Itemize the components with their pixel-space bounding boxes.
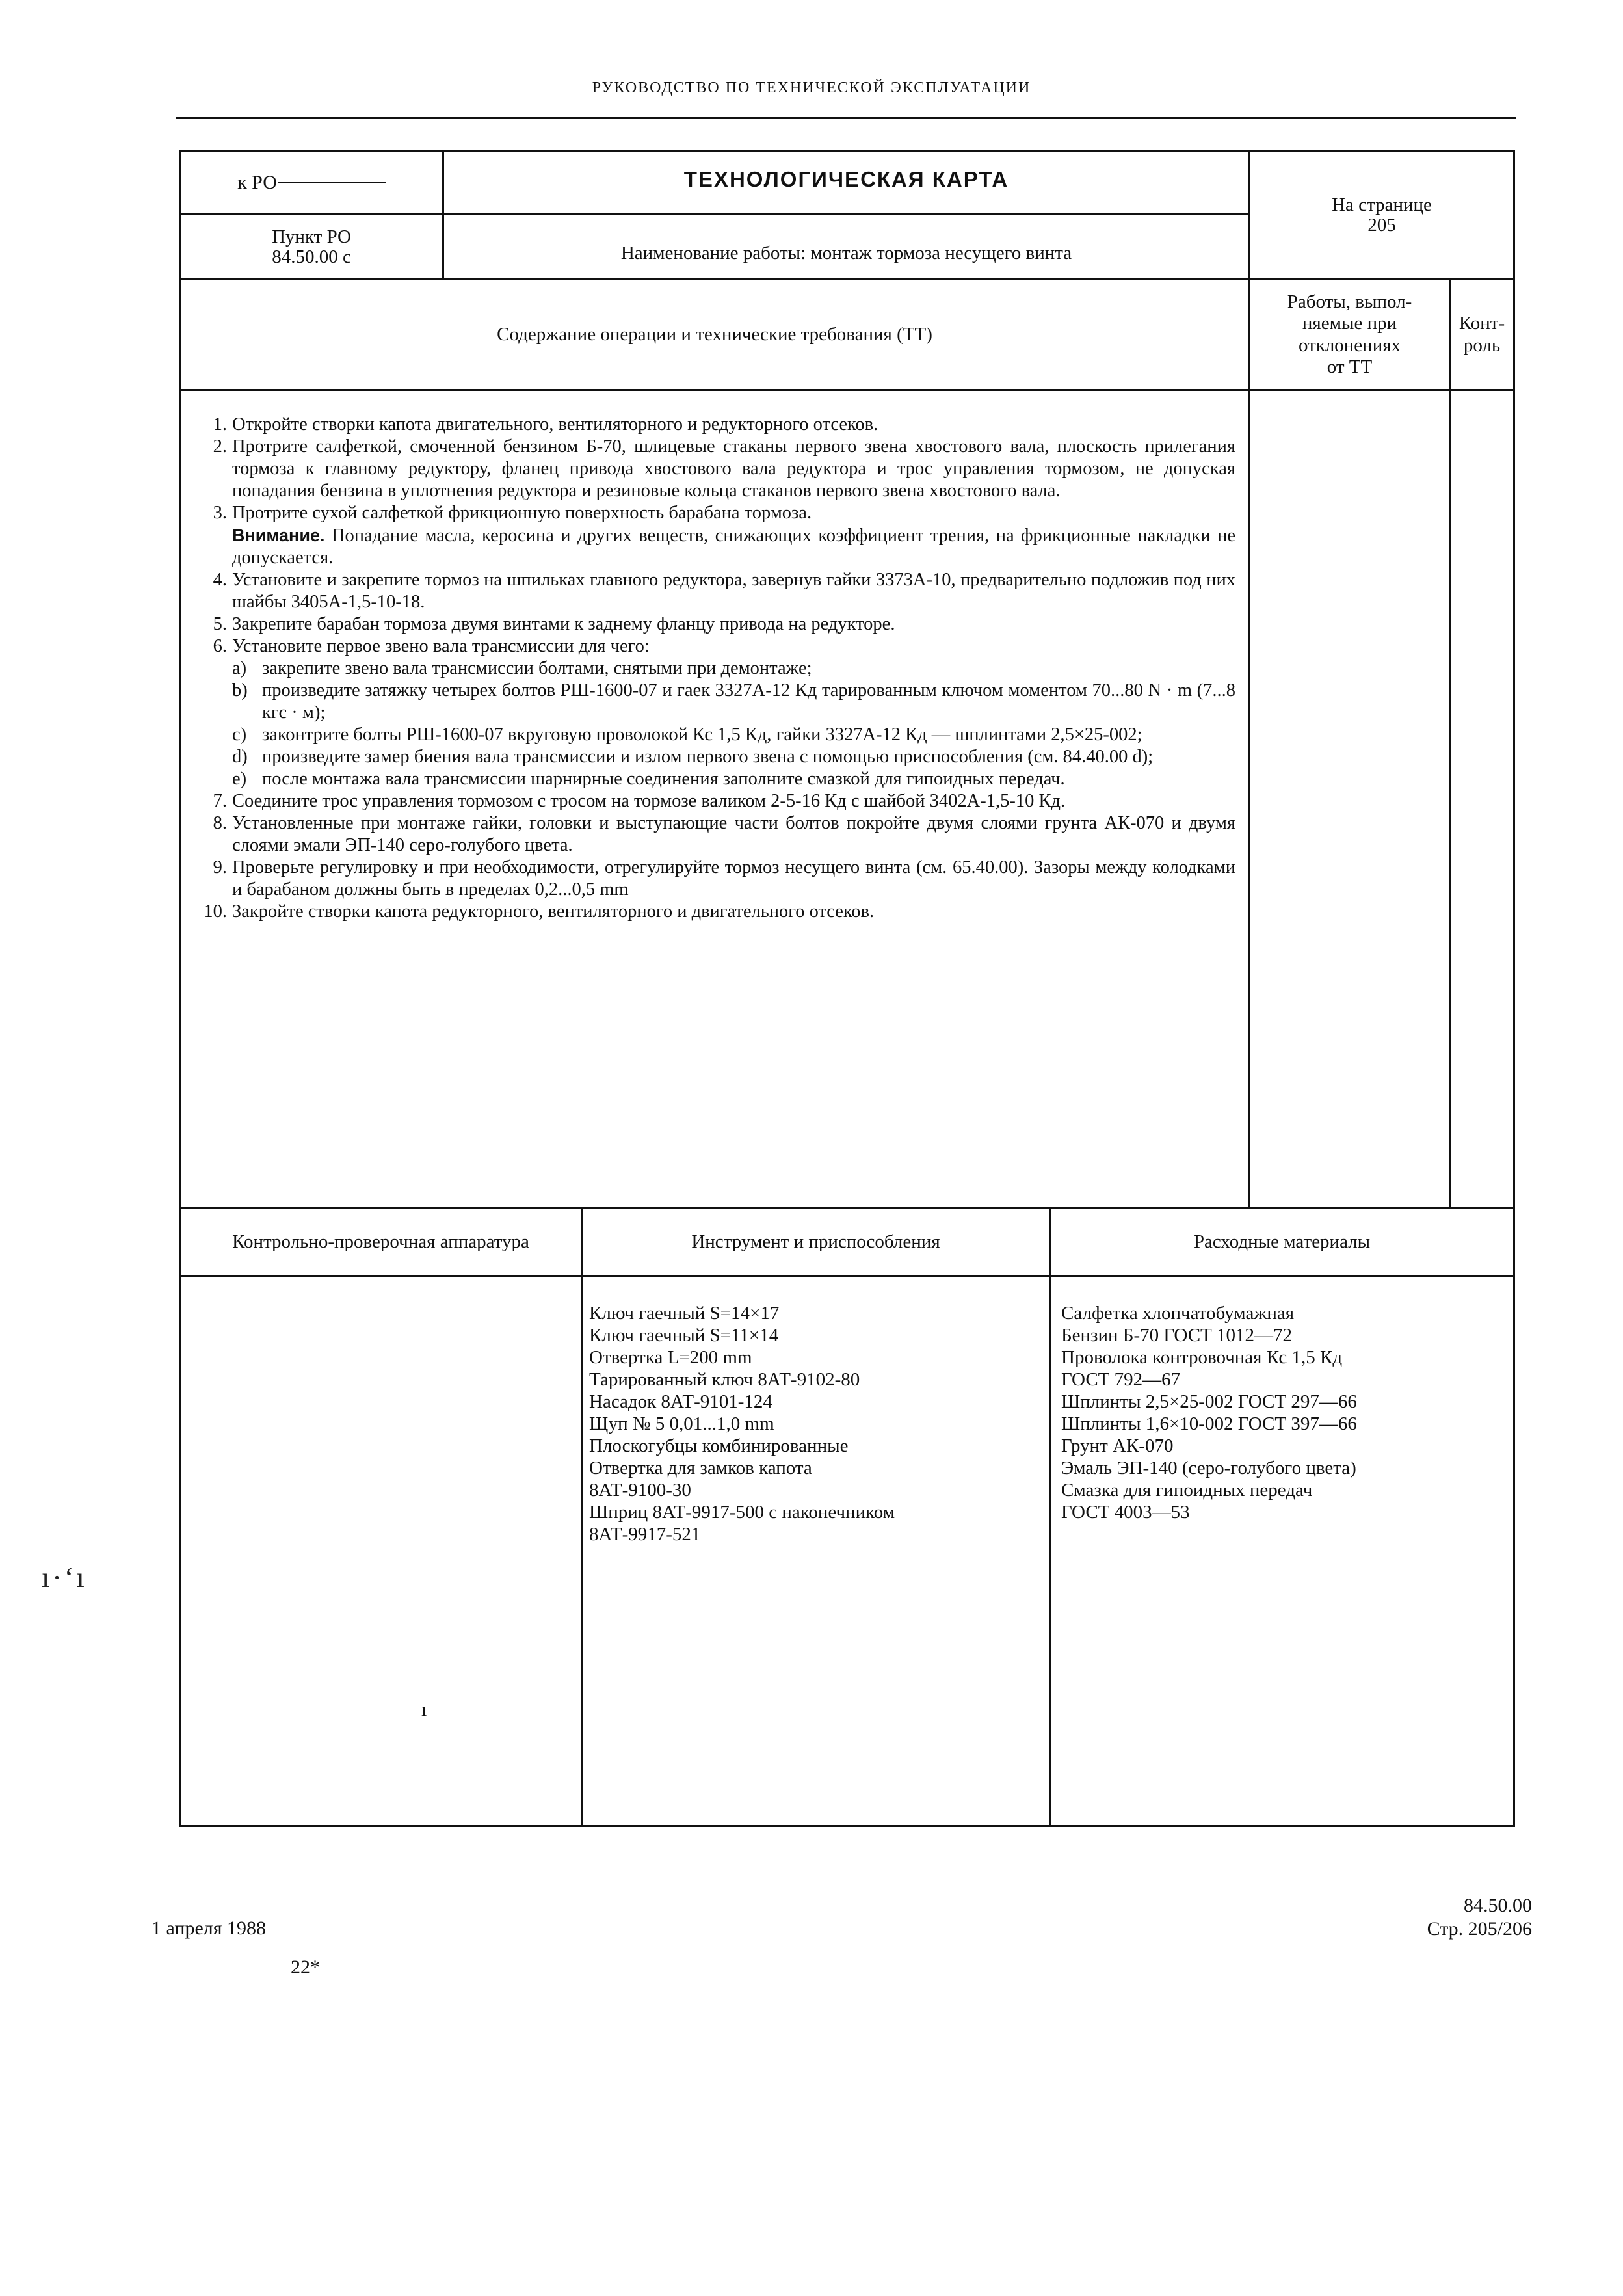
sub-operation-item: d)произведите замер биения вала трансмис… xyxy=(232,746,1235,768)
work-name: Наименование работы: монтаж тормоза несу… xyxy=(444,215,1248,278)
materials-list: Салфетка хлопчатобумажнаяБензин Б-70 ГОС… xyxy=(1061,1302,1357,1523)
ref-blank-line xyxy=(278,182,386,183)
margin-handwritten-mark: ı·ʻı xyxy=(42,1561,87,1594)
col-header-deviation-line: от ТТ xyxy=(1327,356,1372,378)
operation-text: Соедините трос управления тормозом с тро… xyxy=(232,790,1235,812)
material-item: Шплинты 1,6×10-002 ГОСТ 397—66 xyxy=(1061,1413,1357,1435)
operation-number: 7. xyxy=(198,790,232,812)
sub-operation-letter: e) xyxy=(232,768,262,790)
sub-operation-letter: c) xyxy=(232,724,262,746)
operation-text: Закрепите барабан тормоза двумя винтами … xyxy=(232,613,1235,635)
operation-text: Установите первое звено вала трансмиссии… xyxy=(232,635,1235,658)
running-head: РУКОВОДСТВО ПО ТЕХНИЧЕСКОЙ ЭКСПЛУАТАЦИИ xyxy=(0,79,1623,97)
rule xyxy=(179,1275,1515,1277)
rule xyxy=(1049,1207,1051,1826)
col-header-deviation-line: Работы, выпол- xyxy=(1287,291,1412,313)
ref-label: к РО xyxy=(237,172,277,194)
sub-operation-text: законтрите болты РШ-1600-07 вкруговую пр… xyxy=(262,724,1235,746)
tool-item: Ключ гаечный S=11×14 xyxy=(589,1324,895,1346)
operation-text: Проверьте регулировку и при необходимост… xyxy=(232,857,1235,901)
operation-item: 4.Установите и закрепите тормоз на шпиль… xyxy=(198,569,1235,613)
material-item: ГОСТ 792—67 xyxy=(1061,1368,1357,1391)
page-label: На странице xyxy=(1332,195,1432,215)
note-text: Попадание масла, керосина и других вещес… xyxy=(232,526,1235,568)
operation-text: Установите и закрепите тормоз на шпилька… xyxy=(232,569,1235,613)
ref-cell: к РО xyxy=(181,152,442,213)
rule xyxy=(179,1825,1515,1827)
operation-text: Протрите сухой салфеткой фрикционную пов… xyxy=(232,502,1235,524)
tool-item: 8АТ-9100-30 xyxy=(589,1479,895,1501)
card-title: ТЕХНОЛОГИЧЕСКАЯ КАРТА xyxy=(444,152,1248,207)
sub-operation-item: e)после монтажа вала трансмиссии шарнирн… xyxy=(232,768,1235,790)
col-header-content: Содержание операции и технические требов… xyxy=(181,280,1248,389)
item-number: 84.50.00 с xyxy=(272,247,351,267)
note-label: Внимание. xyxy=(232,526,324,545)
footer-section-code: 84.50.00 xyxy=(1427,1894,1532,1917)
material-item: Проволока контровочная Кс 1,5 Кд xyxy=(1061,1346,1357,1368)
material-item: Салфетка хлопчатобумажная xyxy=(1061,1302,1357,1324)
rule xyxy=(1513,150,1515,1827)
sub-operation-letter: a) xyxy=(232,658,262,680)
col-header-deviation: Работы, выпол- няемые при отклонениях от… xyxy=(1250,280,1449,389)
tool-item: Отвертка для замков капота xyxy=(589,1457,895,1479)
col-header-deviation-line: няемые при xyxy=(1302,313,1397,334)
col-header-control-line: роль xyxy=(1464,335,1500,356)
col-header-equipment: Контрольно-проверочная аппаратура xyxy=(181,1209,581,1275)
operation-item: 9.Проверьте регулировку и при необходимо… xyxy=(198,857,1235,901)
operation-item: 2.Протрите салфеткой, смоченной бензином… xyxy=(198,436,1235,502)
col-header-deviation-line: отклонениях xyxy=(1299,335,1401,356)
tool-item: Плоскогубцы комбинированные xyxy=(589,1435,895,1457)
operation-number: 10. xyxy=(198,901,232,923)
tool-item: Отвертка L=200 mm xyxy=(589,1346,895,1368)
rule xyxy=(179,150,181,1827)
operation-number: 9. xyxy=(198,857,232,901)
operation-item: 10.Закройте створки капота редукторного,… xyxy=(198,901,1235,923)
operation-text: Откройте створки капота двигательного, в… xyxy=(232,414,1235,436)
operation-text: Установленные при монтаже гайки, головки… xyxy=(232,812,1235,857)
rule xyxy=(581,1207,583,1826)
operation-item: 1.Откройте створки капота двигательного,… xyxy=(198,414,1235,436)
material-item: Грунт АК-070 xyxy=(1061,1435,1357,1457)
col-header-control: Конт- роль xyxy=(1451,280,1513,389)
tool-item: 8АТ-9917-521 xyxy=(589,1523,895,1545)
tools-list: Ключ гаечный S=14×17Ключ гаечный S=11×14… xyxy=(589,1302,895,1545)
operation-number: 8. xyxy=(198,812,232,857)
stray-mark: ı xyxy=(421,1699,427,1721)
sub-operation-item: a)закрепите звено вала трансмиссии болта… xyxy=(232,658,1235,680)
sub-operation-text: после монтажа вала трансмиссии шарнирные… xyxy=(262,768,1235,790)
operation-number: 3. xyxy=(198,502,232,524)
footer-date: 1 апреля 1988 xyxy=(152,1917,266,1940)
operation-number: 1. xyxy=(198,414,232,436)
tool-item: Насадок 8АТ-9101-124 xyxy=(589,1391,895,1413)
operation-note: Внимание. Попадание масла, керосина и др… xyxy=(232,524,1235,569)
footer-page-ref: 84.50.00 Стр. 205/206 xyxy=(1427,1894,1532,1941)
page-number: 205 xyxy=(1367,215,1396,235)
col-header-materials: Расходные материалы xyxy=(1051,1209,1513,1275)
operation-number: 2. xyxy=(198,436,232,502)
operation-item: 5.Закрепите барабан тормоза двумя винтам… xyxy=(198,613,1235,635)
sub-operation-letter: b) xyxy=(232,680,262,724)
material-item: Смазка для гипоидных передач xyxy=(1061,1479,1357,1501)
material-item: Бензин Б-70 ГОСТ 1012—72 xyxy=(1061,1324,1357,1346)
operation-item: 7.Соедините трос управления тормозом с т… xyxy=(198,790,1235,812)
rule xyxy=(1449,278,1451,1208)
operation-number: 4. xyxy=(198,569,232,613)
operation-item: 8.Установленные при монтаже гайки, голов… xyxy=(198,812,1235,857)
col-header-control-line: Конт- xyxy=(1459,313,1505,334)
sub-operation-text: закрепите звено вала трансмиссии болтами… xyxy=(262,658,1235,680)
tool-item: Шприц 8АТ-9917-500 с наконечником xyxy=(589,1501,895,1523)
tool-item: Тарированный ключ 8АТ-9102-80 xyxy=(589,1368,895,1391)
tool-item: Щуп № 5 0,01...1,0 mm xyxy=(589,1413,895,1435)
tool-item: Ключ гаечный S=14×17 xyxy=(589,1302,895,1324)
operation-text: Закройте створки капота редукторного, ве… xyxy=(232,901,1235,923)
footer-page-number: Стр. 205/206 xyxy=(1427,1917,1532,1941)
sub-operation-item: b)произведите затяжку четырех болтов РШ-… xyxy=(232,680,1235,724)
material-item: ГОСТ 4003—53 xyxy=(1061,1501,1357,1523)
operation-text: Протрите салфеткой, смоченной бензином Б… xyxy=(232,436,1235,502)
sub-operation-text: произведите затяжку четырех болтов РШ-16… xyxy=(262,680,1235,724)
material-item: Шплинты 2,5×25-002 ГОСТ 297—66 xyxy=(1061,1391,1357,1413)
sub-operation-letter: d) xyxy=(232,746,262,768)
item-cell: Пункт РО 84.50.00 с xyxy=(181,215,442,278)
page-cell: На странице 205 xyxy=(1250,152,1513,278)
operation-item: 6.Установите первое звено вала трансмисс… xyxy=(198,635,1235,658)
operation-item: 3.Протрите сухой салфеткой фрикционную п… xyxy=(198,502,1235,524)
col-header-tools: Инструмент и приспособления xyxy=(583,1209,1049,1275)
operations-list: 1.Откройте створки капота двигательного,… xyxy=(198,414,1235,923)
sub-operation-item: c)законтрите болты РШ-1600-07 вкруговую … xyxy=(232,724,1235,746)
header-rule xyxy=(176,117,1516,119)
operation-number: 6. xyxy=(198,635,232,658)
rule xyxy=(179,389,1515,391)
operation-number: 5. xyxy=(198,613,232,635)
sub-operation-text: произведите замер биения вала трансмисси… xyxy=(262,746,1235,768)
material-item: Эмаль ЭП-140 (серо-голубого цвета) xyxy=(1061,1457,1357,1479)
footer-signature: 22* xyxy=(291,1956,320,1979)
item-label: Пункт РО xyxy=(272,227,351,247)
